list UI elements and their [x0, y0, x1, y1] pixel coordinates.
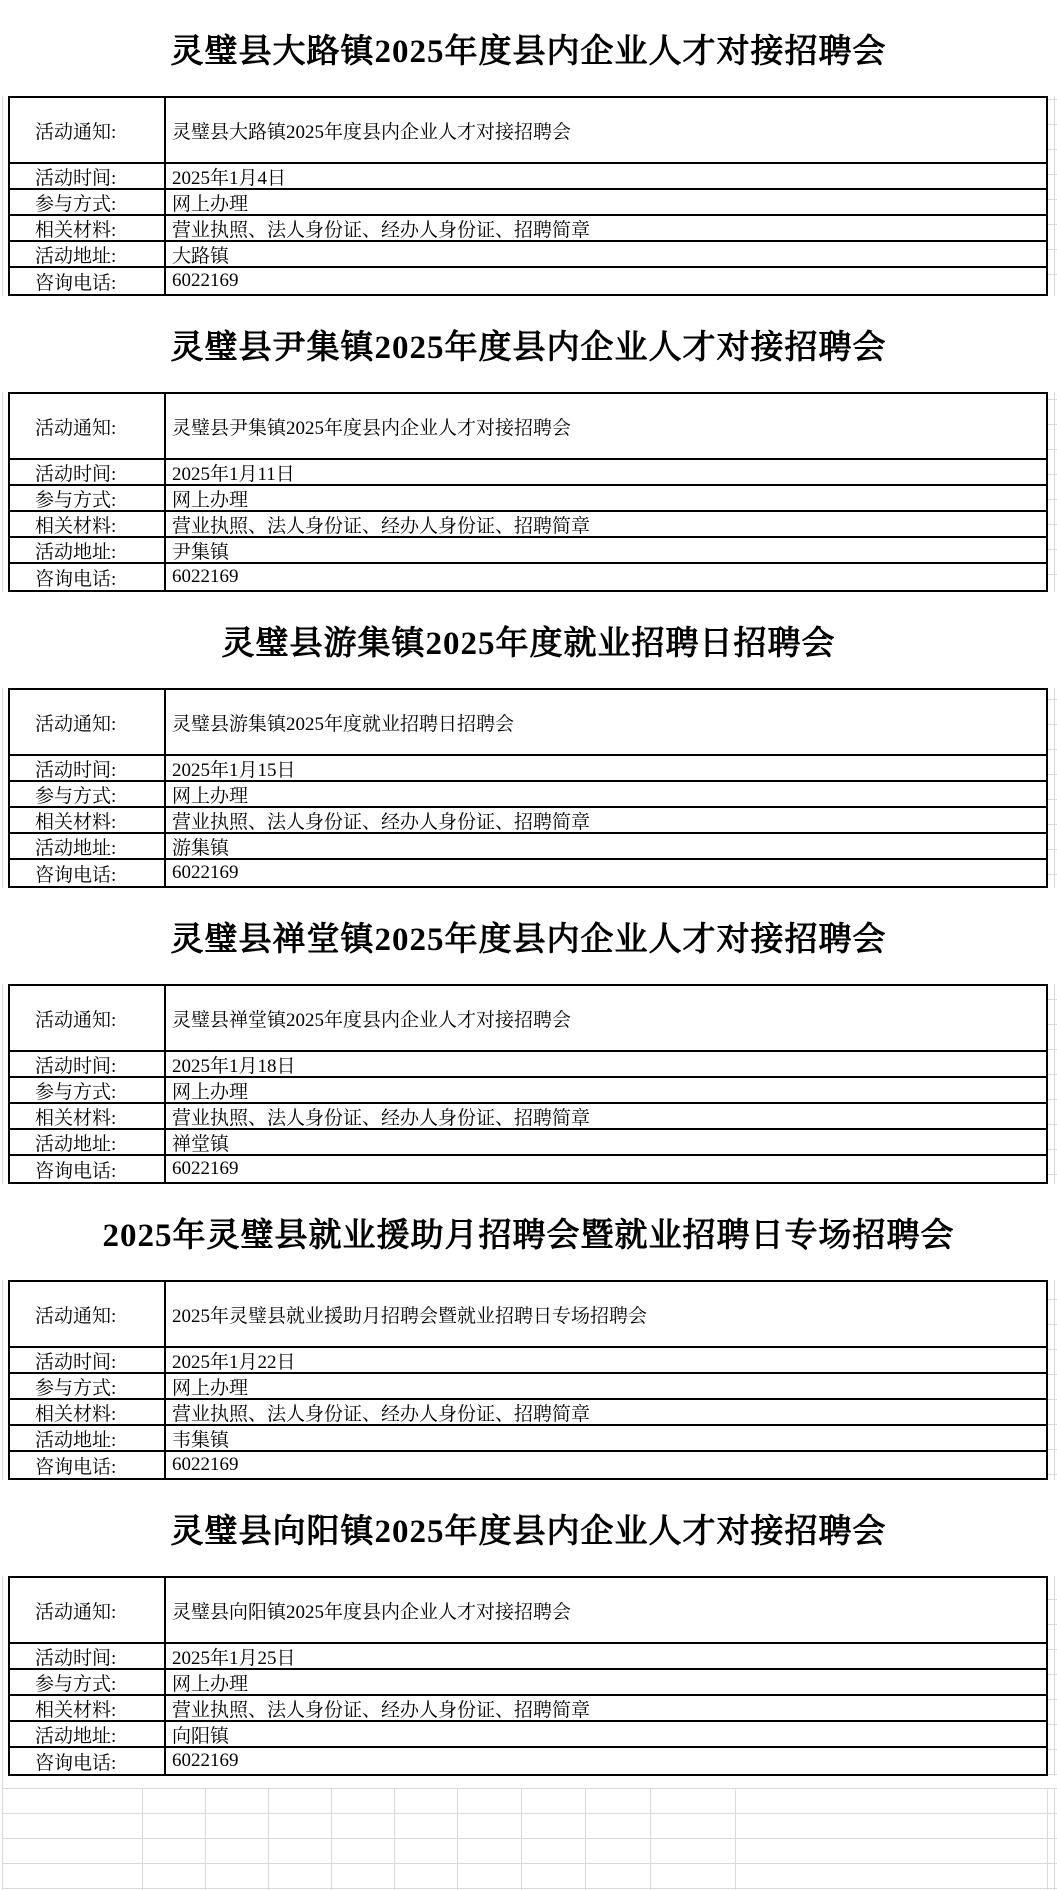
row-value: 营业执照、法人身份证、经办人身份证、招聘简章	[166, 512, 1046, 536]
row-value: 网上办理	[166, 1374, 1046, 1398]
row-value: 营业执照、法人身份证、经办人身份证、招聘简章	[166, 1696, 1046, 1720]
table-row-address: 活动地址: 禅堂镇	[10, 1130, 1046, 1156]
table-row-time: 活动时间: 2025年1月11日	[10, 460, 1046, 486]
event-title: 灵璧县大路镇2025年度县内企业人才对接招聘会	[0, 0, 1057, 96]
empty-sheet-grid	[2, 1776, 1057, 1890]
row-label: 活动地址:	[10, 538, 166, 562]
event-title: 灵璧县尹集镇2025年度县内企业人才对接招聘会	[0, 296, 1057, 392]
table-row-materials: 相关材料: 营业执照、法人身份证、经办人身份证、招聘简章	[10, 512, 1046, 538]
table-row-address: 活动地址: 向阳镇	[10, 1722, 1046, 1748]
row-value: 禅堂镇	[166, 1130, 1046, 1154]
event-section-6: 灵璧县向阳镇2025年度县内企业人才对接招聘会 活动通知: 灵璧县向阳镇2025…	[0, 1480, 1057, 1776]
row-value: 大路镇	[166, 242, 1046, 266]
sheet-gridline-vertical	[650, 1788, 651, 1890]
row-value: 网上办理	[166, 782, 1046, 806]
row-label: 活动地址:	[10, 1130, 166, 1154]
event-section-3: 灵璧县游集镇2025年度就业招聘日招聘会 活动通知: 灵璧县游集镇2025年度就…	[0, 592, 1057, 888]
row-value: 网上办理	[166, 1078, 1046, 1102]
row-value: 营业执照、法人身份证、经办人身份证、招聘简章	[166, 1400, 1046, 1424]
table-row-notice: 活动通知: 灵璧县大路镇2025年度县内企业人才对接招聘会	[10, 98, 1046, 164]
event-title: 灵璧县游集镇2025年度就业招聘日招聘会	[0, 592, 1057, 688]
row-label: 咨询电话:	[10, 1452, 166, 1478]
row-value: 6022169	[166, 1748, 1046, 1774]
sheet-gridline-vertical	[457, 1788, 458, 1890]
row-label: 活动通知:	[10, 98, 166, 162]
row-label: 活动时间:	[10, 756, 166, 780]
row-label: 相关材料:	[10, 808, 166, 832]
table-row-phone: 咨询电话: 6022169	[10, 564, 1046, 590]
row-value: 灵璧县大路镇2025年度县内企业人才对接招聘会	[166, 98, 1046, 162]
row-label: 相关材料:	[10, 216, 166, 240]
row-label: 咨询电话:	[10, 564, 166, 590]
row-label: 咨询电话:	[10, 860, 166, 886]
event-section-2: 灵璧县尹集镇2025年度县内企业人才对接招聘会 活动通知: 灵璧县尹集镇2025…	[0, 296, 1057, 592]
row-value: 尹集镇	[166, 538, 1046, 562]
row-label: 参与方式:	[10, 1374, 166, 1398]
row-value: 6022169	[166, 1452, 1046, 1478]
sheet-gridline-vertical	[142, 1788, 143, 1890]
row-label: 活动通知:	[10, 1578, 166, 1642]
row-value: 2025年灵璧县就业援助月招聘会暨就业招聘日专场招聘会	[166, 1282, 1046, 1346]
row-label: 参与方式:	[10, 1670, 166, 1694]
row-label: 活动地址:	[10, 1722, 166, 1746]
row-value: 网上办理	[166, 1670, 1046, 1694]
event-title: 2025年灵璧县就业援助月招聘会暨就业招聘日专场招聘会	[0, 1184, 1057, 1280]
table-row-address: 活动地址: 游集镇	[10, 834, 1046, 860]
row-value: 网上办理	[166, 190, 1046, 214]
row-value: 向阳镇	[166, 1722, 1046, 1746]
table-row-phone: 咨询电话: 6022169	[10, 860, 1046, 886]
row-label: 参与方式:	[10, 486, 166, 510]
row-value: 网上办理	[166, 486, 1046, 510]
row-label: 活动时间:	[10, 1348, 166, 1372]
table-row-address: 活动地址: 尹集镇	[10, 538, 1046, 564]
row-label: 活动时间:	[10, 164, 166, 188]
row-value: 2025年1月4日	[166, 164, 1046, 188]
row-value: 2025年1月18日	[166, 1052, 1046, 1076]
table-row-method: 参与方式: 网上办理	[10, 1374, 1046, 1400]
row-label: 咨询电话:	[10, 1748, 166, 1774]
row-value: 6022169	[166, 268, 1046, 294]
event-section-1: 灵璧县大路镇2025年度县内企业人才对接招聘会 活动通知: 灵璧县大路镇2025…	[0, 0, 1057, 296]
row-label: 相关材料:	[10, 1400, 166, 1424]
table-row-materials: 相关材料: 营业执照、法人身份证、经办人身份证、招聘简章	[10, 808, 1046, 834]
sheet-gridline-vertical	[331, 1788, 332, 1890]
row-label: 活动通知:	[10, 986, 166, 1050]
table-row-method: 参与方式: 网上办理	[10, 1078, 1046, 1104]
sheet-gridline-vertical	[521, 1788, 522, 1890]
table-row-materials: 相关材料: 营业执照、法人身份证、经办人身份证、招聘简章	[10, 1400, 1046, 1426]
event-table: 活动通知: 2025年灵璧县就业援助月招聘会暨就业招聘日专场招聘会 活动时间: …	[8, 1280, 1048, 1480]
table-row-notice: 活动通知: 灵璧县向阳镇2025年度县内企业人才对接招聘会	[10, 1578, 1046, 1644]
row-value: 营业执照、法人身份证、经办人身份证、招聘简章	[166, 216, 1046, 240]
event-table: 活动通知: 灵璧县大路镇2025年度县内企业人才对接招聘会 活动时间: 2025…	[8, 96, 1048, 296]
sheet-gridline-vertical	[585, 1788, 586, 1890]
table-row-time: 活动时间: 2025年1月4日	[10, 164, 1046, 190]
row-label: 参与方式:	[10, 1078, 166, 1102]
row-label: 活动地址:	[10, 1426, 166, 1450]
event-section-4: 灵璧县禅堂镇2025年度县内企业人才对接招聘会 活动通知: 灵璧县禅堂镇2025…	[0, 888, 1057, 1184]
row-value: 游集镇	[166, 834, 1046, 858]
row-value: 2025年1月25日	[166, 1644, 1046, 1668]
table-row-materials: 相关材料: 营业执照、法人身份证、经办人身份证、招聘简章	[10, 216, 1046, 242]
row-label: 咨询电话:	[10, 1156, 166, 1182]
event-table: 活动通知: 灵璧县禅堂镇2025年度县内企业人才对接招聘会 活动时间: 2025…	[8, 984, 1048, 1184]
table-row-time: 活动时间: 2025年1月25日	[10, 1644, 1046, 1670]
table-row-phone: 咨询电话: 6022169	[10, 1156, 1046, 1182]
row-label: 活动地址:	[10, 834, 166, 858]
row-label: 相关材料:	[10, 512, 166, 536]
spreadsheet-document-page: 灵璧县大路镇2025年度县内企业人才对接招聘会 活动通知: 灵璧县大路镇2025…	[0, 0, 1057, 1890]
row-value: 6022169	[166, 1156, 1046, 1182]
table-row-address: 活动地址: 韦集镇	[10, 1426, 1046, 1452]
row-value: 灵璧县游集镇2025年度就业招聘日招聘会	[166, 690, 1046, 754]
row-label: 参与方式:	[10, 190, 166, 214]
sheet-gridline-vertical	[735, 1788, 736, 1890]
row-value: 2025年1月22日	[166, 1348, 1046, 1372]
table-row-phone: 咨询电话: 6022169	[10, 268, 1046, 294]
row-value: 灵璧县向阳镇2025年度县内企业人才对接招聘会	[166, 1578, 1046, 1642]
sheet-gridline-vertical	[205, 1788, 206, 1890]
row-value: 灵璧县尹集镇2025年度县内企业人才对接招聘会	[166, 394, 1046, 458]
row-label: 活动时间:	[10, 1644, 166, 1668]
row-value: 灵璧县禅堂镇2025年度县内企业人才对接招聘会	[166, 986, 1046, 1050]
sheet-gridline-vertical	[268, 1788, 269, 1890]
event-table: 活动通知: 灵璧县向阳镇2025年度县内企业人才对接招聘会 活动时间: 2025…	[8, 1576, 1048, 1776]
table-row-notice: 活动通知: 灵璧县尹集镇2025年度县内企业人才对接招聘会	[10, 394, 1046, 460]
row-value: 6022169	[166, 860, 1046, 886]
row-label: 相关材料:	[10, 1696, 166, 1720]
table-row-time: 活动时间: 2025年1月15日	[10, 756, 1046, 782]
table-row-method: 参与方式: 网上办理	[10, 190, 1046, 216]
event-section-5: 2025年灵璧县就业援助月招聘会暨就业招聘日专场招聘会 活动通知: 2025年灵…	[0, 1184, 1057, 1480]
row-value: 6022169	[166, 564, 1046, 590]
row-value: 营业执照、法人身份证、经办人身份证、招聘简章	[166, 808, 1046, 832]
table-row-notice: 活动通知: 灵璧县禅堂镇2025年度县内企业人才对接招聘会	[10, 986, 1046, 1052]
table-row-method: 参与方式: 网上办理	[10, 782, 1046, 808]
row-label: 活动时间:	[10, 460, 166, 484]
row-label: 咨询电话:	[10, 268, 166, 294]
event-table: 活动通知: 灵璧县尹集镇2025年度县内企业人才对接招聘会 活动时间: 2025…	[8, 392, 1048, 592]
table-row-time: 活动时间: 2025年1月18日	[10, 1052, 1046, 1078]
table-row-notice: 活动通知: 灵璧县游集镇2025年度就业招聘日招聘会	[10, 690, 1046, 756]
table-row-materials: 相关材料: 营业执照、法人身份证、经办人身份证、招聘简章	[10, 1104, 1046, 1130]
table-row-notice: 活动通知: 2025年灵璧县就业援助月招聘会暨就业招聘日专场招聘会	[10, 1282, 1046, 1348]
sheet-gridline-vertical	[1054, 1788, 1055, 1890]
row-value: 韦集镇	[166, 1426, 1046, 1450]
row-value: 2025年1月15日	[166, 756, 1046, 780]
row-label: 活动时间:	[10, 1052, 166, 1076]
row-label: 活动通知:	[10, 690, 166, 754]
event-table: 活动通知: 灵璧县游集镇2025年度就业招聘日招聘会 活动时间: 2025年1月…	[8, 688, 1048, 888]
row-label: 活动通知:	[10, 394, 166, 458]
table-row-method: 参与方式: 网上办理	[10, 486, 1046, 512]
row-value: 2025年1月11日	[166, 460, 1046, 484]
row-label: 活动通知:	[10, 1282, 166, 1346]
sheet-gridline-vertical	[1047, 1788, 1048, 1890]
row-value: 营业执照、法人身份证、经办人身份证、招聘简章	[166, 1104, 1046, 1128]
table-row-method: 参与方式: 网上办理	[10, 1670, 1046, 1696]
row-label: 相关材料:	[10, 1104, 166, 1128]
sheet-gridline-vertical	[394, 1788, 395, 1890]
table-row-phone: 咨询电话: 6022169	[10, 1452, 1046, 1478]
table-row-address: 活动地址: 大路镇	[10, 242, 1046, 268]
event-title: 灵璧县禅堂镇2025年度县内企业人才对接招聘会	[0, 888, 1057, 984]
event-title: 灵璧县向阳镇2025年度县内企业人才对接招聘会	[0, 1480, 1057, 1576]
row-label: 活动地址:	[10, 242, 166, 266]
table-row-time: 活动时间: 2025年1月22日	[10, 1348, 1046, 1374]
sheet-gridline-vertical	[2, 1788, 3, 1890]
row-label: 参与方式:	[10, 782, 166, 806]
table-row-phone: 咨询电话: 6022169	[10, 1748, 1046, 1774]
table-row-materials: 相关材料: 营业执照、法人身份证、经办人身份证、招聘简章	[10, 1696, 1046, 1722]
